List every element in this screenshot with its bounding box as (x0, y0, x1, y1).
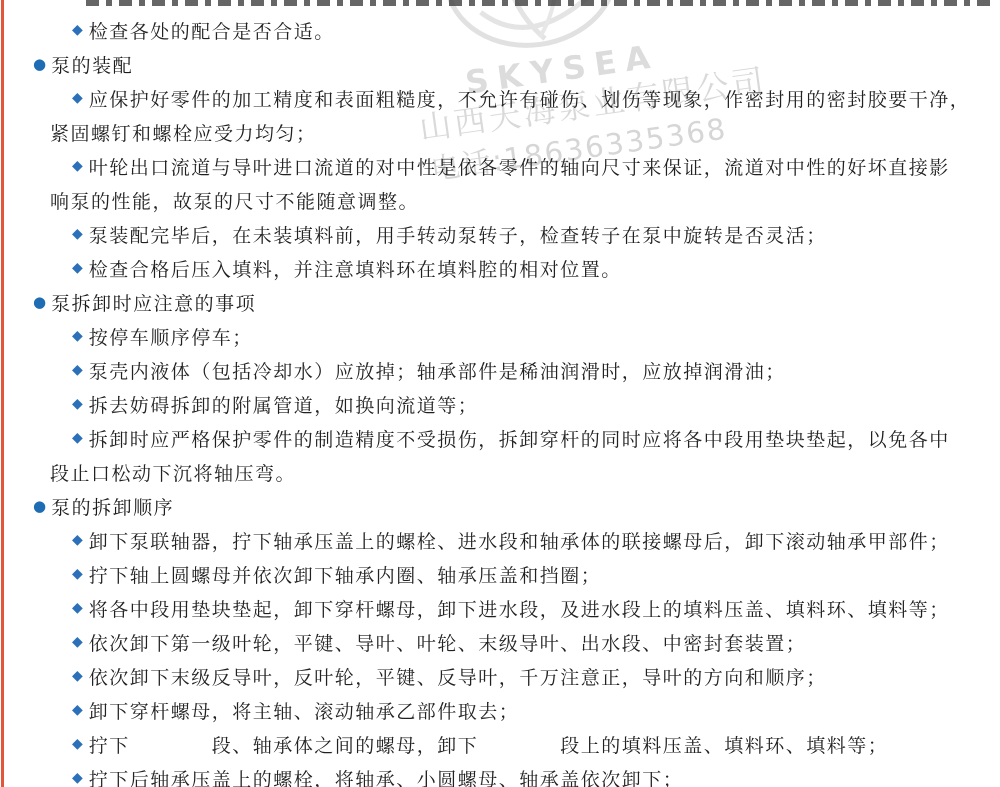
diamond-bullet-icon: ◆ (72, 23, 83, 37)
circle-bullet-icon: ● (33, 499, 46, 514)
diamond-bullet-icon: ◆ (72, 635, 83, 649)
list-item-text: 依次卸下末级反导叶，反叶轮，平键、反导叶，千万注意正，导叶的方向和顺序； (89, 663, 827, 690)
diamond-bullet-icon: ◆ (72, 329, 83, 343)
diamond-bullet-icon: ◆ (72, 397, 83, 411)
section-heading: ● 泵的装配 (0, 47, 1000, 81)
list-item-text: 检查各处的配合是否合适。 (89, 17, 335, 44)
list-item: ◆ 应保护好零件的加工精度和表面粗糙度，不允许有碰伤、划伤等现象，作密封用的密封… (0, 81, 1000, 115)
list-item-text: 泵壳内液体（包括冷却水）应放掉；轴承部件是稀油润滑时，应放掉润滑油； (89, 357, 786, 384)
list-item: ◆ 拧下后轴承压盖上的螺栓，将轴承、小圆螺母、轴承盖依次卸下； (0, 761, 1000, 787)
diamond-bullet-icon: ◆ (72, 227, 83, 241)
list-item: ◆ 依次卸下第一级叶轮，平键、导叶、叶轮、末级导叶、出水段、中密封套装置； (0, 625, 1000, 659)
diamond-bullet-icon: ◆ (72, 771, 83, 785)
list-item-text: 检查合格后压入填料，并注意填料环在填料腔的相对位置。 (89, 255, 622, 282)
document-body: ◆ 检查各处的配合是否合适。 ● 泵的装配 ◆ 应保护好零件的加工精度和表面粗糙… (0, 13, 1000, 787)
diamond-bullet-icon: ◆ (72, 703, 83, 717)
list-item-text: 卸下穿杆螺母，将主轴、滚动轴承乙部件取去； (89, 697, 520, 724)
list-item-text: 拆卸时应严格保护零件的制造精度不受损伤，拆卸穿杆的同时应将各中段用垫块垫起，以免… (89, 425, 950, 452)
diamond-bullet-icon: ◆ (72, 669, 83, 683)
page-left-border (1, 0, 4, 787)
section-heading: ● 泵拆卸时应注意的事项 (0, 285, 1000, 319)
list-item: ◆ 拧下 段、轴承体之间的螺母，卸下 段上的填料压盖、填料环、填料等； (0, 727, 1000, 761)
diamond-bullet-icon: ◆ (72, 363, 83, 377)
list-item: ◆ 检查合格后压入填料，并注意填料环在填料腔的相对位置。 (0, 251, 1000, 285)
diamond-bullet-icon: ◆ (72, 737, 83, 751)
list-item: ◆ 依次卸下末级反导叶，反叶轮，平键、反导叶，千万注意正，导叶的方向和顺序； (0, 659, 1000, 693)
list-item: ◆ 卸下穿杆螺母，将主轴、滚动轴承乙部件取去； (0, 693, 1000, 727)
list-item-text: 拧下轴上圆螺母并依次卸下轴承内圈、轴承压盖和挡圈； (89, 561, 602, 588)
continuation-text: 段止口松动下沉将轴压弯。 (50, 459, 296, 486)
list-item-text: 泵装配完毕后，在未装填料前，用手转动泵转子，检查转子在泵中旋转是否灵活； (89, 221, 827, 248)
circle-bullet-icon: ● (33, 295, 46, 310)
continuation-text: 响泵的性能，故泵的尺寸不能随意调整。 (50, 187, 419, 214)
list-item-text: 拧下 段、轴承体之间的螺母，卸下 段上的填料压盖、填料环、填料等； (89, 731, 889, 758)
list-item: ◆ 拆卸时应严格保护零件的制造精度不受损伤，拆卸穿杆的同时应将各中段用垫块垫起，… (0, 421, 1000, 455)
list-item-text: 按停车顺序停车； (89, 323, 253, 350)
section-heading: ● 泵的拆卸顺序 (0, 489, 1000, 523)
list-item-text: 拧下后轴承压盖上的螺栓，将轴承、小圆螺母、轴承盖依次卸下； (89, 765, 684, 787)
list-item: ◆ 按停车顺序停车； (0, 319, 1000, 353)
section-heading-text: 泵的拆卸顺序 (51, 493, 174, 520)
section-heading-text: 泵的装配 (51, 51, 133, 78)
list-item: ◆ 将各中段用垫块垫起，卸下穿杆螺母，卸下进水段，及进水段上的填料压盖、填料环、… (0, 591, 1000, 625)
list-item: ◆ 检查各处的配合是否合适。 (0, 13, 1000, 47)
diamond-bullet-icon: ◆ (72, 567, 83, 581)
list-item: ◆ 卸下泵联轴器，拧下轴承压盖上的螺栓、进水段和轴承体的联接螺母后，卸下滚动轴承… (0, 523, 1000, 557)
diamond-bullet-icon: ◆ (72, 431, 83, 445)
list-item-text: 将各中段用垫块垫起，卸下穿杆螺母，卸下进水段，及进水段上的填料压盖、填料环、填料… (89, 595, 950, 622)
list-item: ◆ 泵壳内液体（包括冷却水）应放掉；轴承部件是稀油润滑时，应放掉润滑油； (0, 353, 1000, 387)
continuation-line: 段止口松动下沉将轴压弯。 (0, 455, 1000, 489)
diamond-bullet-icon: ◆ (72, 533, 83, 547)
continuation-line: 响泵的性能，故泵的尺寸不能随意调整。 (0, 183, 1000, 217)
diamond-bullet-icon: ◆ (72, 159, 83, 173)
diamond-bullet-icon: ◆ (72, 601, 83, 615)
list-item-text: 依次卸下第一级叶轮，平键、导叶、叶轮、末级导叶、出水段、中密封套装置； (89, 629, 807, 656)
circle-bullet-icon: ● (33, 57, 46, 72)
diamond-bullet-icon: ◆ (72, 261, 83, 275)
list-item-text: 应保护好零件的加工精度和表面粗糙度，不允许有碰伤、划伤等现象，作密封用的密封胶要… (89, 85, 971, 112)
list-item: ◆ 叶轮出口流道与导叶进口流道的对中性是依各零件的轴向尺寸来保证，流道对中性的好… (0, 149, 1000, 183)
continuation-text: 紧固螺钉和螺栓应受力均匀； (50, 119, 317, 146)
section-heading-text: 泵拆卸时应注意的事项 (51, 289, 256, 316)
list-item-text: 拆去妨碍拆卸的附属管道，如换向流道等； (89, 391, 479, 418)
clipped-text-line (86, 0, 991, 6)
list-item: ◆ 拧下轴上圆螺母并依次卸下轴承内圈、轴承压盖和挡圈； (0, 557, 1000, 591)
list-item-text: 叶轮出口流道与导叶进口流道的对中性是依各零件的轴向尺寸来保证，流道对中性的好坏直… (89, 153, 950, 180)
list-item: ◆ 泵装配完毕后，在未装填料前，用手转动泵转子，检查转子在泵中旋转是否灵活； (0, 217, 1000, 251)
list-item-text: 卸下泵联轴器，拧下轴承压盖上的螺栓、进水段和轴承体的联接螺母后，卸下滚动轴承甲部… (89, 527, 950, 554)
diamond-bullet-icon: ◆ (72, 91, 83, 105)
list-item: ◆ 拆去妨碍拆卸的附属管道，如换向流道等； (0, 387, 1000, 421)
continuation-line: 紧固螺钉和螺栓应受力均匀； (0, 115, 1000, 149)
